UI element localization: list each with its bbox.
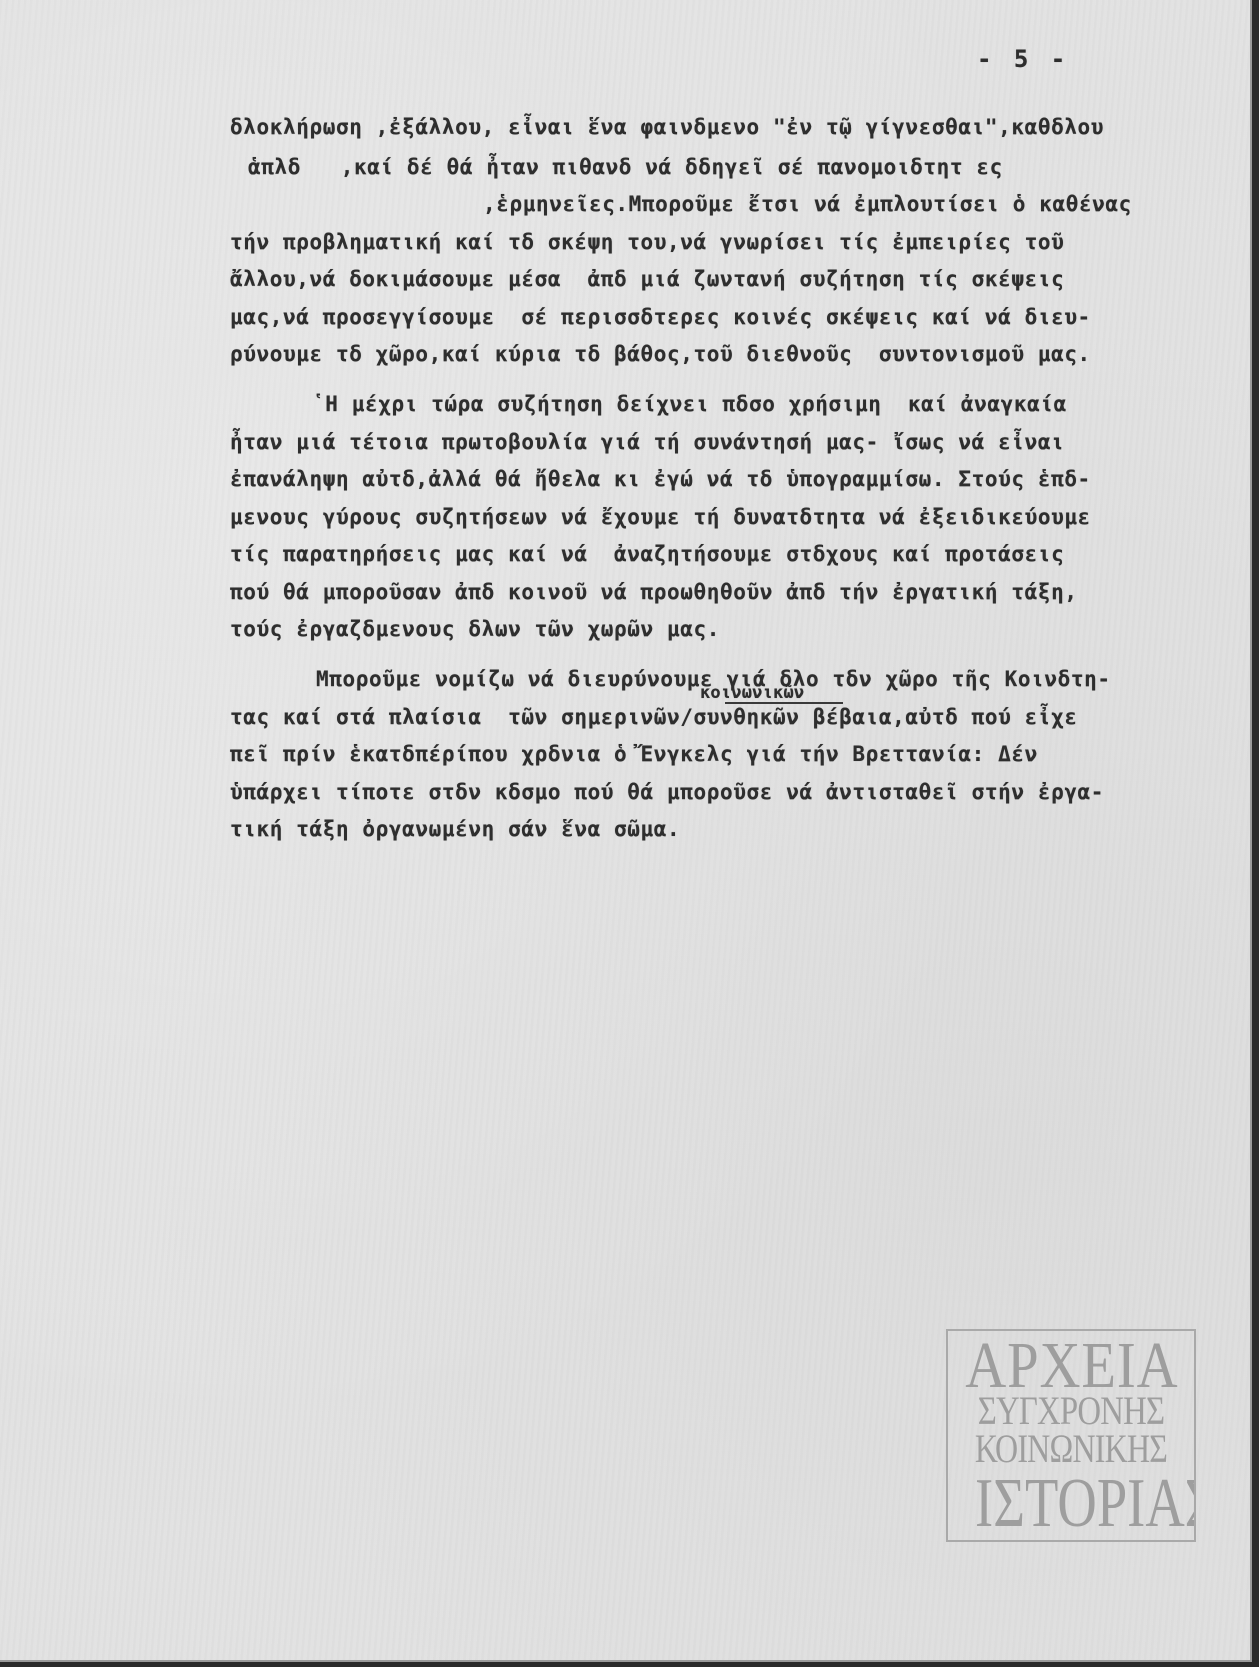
paragraph-3-line-3: πεῖ πρίν ἑκατδπέρίπου χρδνια ὁ Ἔνγκελς γ… <box>230 742 1038 766</box>
page-number: - 5 - <box>977 45 1069 73</box>
paragraph-3-line-2: τας καί στά πλαίσια τῶν σημερινῶν/συνθηκ… <box>230 705 1078 729</box>
paragraph-1-line-1: δλοκλήρωση ,ἐξάλλου, εἶναι ἕνα φαινδμενο… <box>230 115 1104 139</box>
paragraph-1-line-7: ρύνουμε τδ χῶρο,καί κύρια τδ βάθος,τοῦ δ… <box>230 342 1091 366</box>
paragraph-1-line-6: μας,νά προσεγγίσουμε σέ περισσδτερες κοι… <box>230 305 1091 329</box>
paragraph-2-line-2: ἦταν μιά τέτοια πρωτοβουλία γιά τή συνάν… <box>230 430 1064 454</box>
paragraph-2-line-4: μενους γύρους συζητήσεων νά ἔχουμε τή δυ… <box>230 505 1091 529</box>
paragraph-2-line-1: ῾Η μέχρι τώρα συζήτηση δείχνει πδσο χρήσ… <box>312 392 1067 416</box>
paragraph-2-line-7: τούς ἐργαζδμενους δλων τῶν χωρῶν μας. <box>230 617 720 641</box>
stamp-line-2: ΣΥΓΧΡΟΝΗΣ <box>970 1391 1172 1429</box>
paragraph-1-line-3: ,ἑρμηνεῖες.Μποροῦμε ἔτσι νά ἐμπλουτίσει … <box>483 192 1132 216</box>
paragraph-2-line-5: τίς παρατηρήσεις μας καί νά ἀναζητήσουμε… <box>230 542 1064 566</box>
paragraph-1-line-2: ἁπλδ ,καί δέ θά ἦταν πιθανδ νά δδηγεῖ σέ… <box>248 155 1003 179</box>
stamp-line-4: ΙΣΤΟΡΙΑΣ <box>975 1469 1167 1535</box>
document-page: - 5 - δλοκλήρωση ,ἐξάλλου, εἶναι ἕνα φαι… <box>0 0 1252 1662</box>
correction-underline <box>725 702 843 704</box>
stamp-line-1: ΑΡΧΕΙΑ <box>965 1333 1177 1391</box>
paragraph-2-line-3: ἐπανάληψη αὐτδ,ἀλλά θά ἤθελα κι ἐγώ νά τ… <box>230 467 1091 491</box>
paragraph-1-line-5: ἄλλου,νά δοκιμάσουμε μέσα ἀπδ μιά ζωνταν… <box>230 267 1064 291</box>
paragraph-2-line-6: πού θά μποροῦσαν ἀπδ κοινοῦ νά προωθηθοῦ… <box>230 580 1078 604</box>
paragraph-3-line-4: ὑπάρχει τίποτε στδν κδσμο πού θά μποροῦσ… <box>230 780 1104 804</box>
handwritten-correction: κοινωνικῶν <box>700 683 804 703</box>
paragraph-3-line-5: τική τάξη ὀργανωμένη σάν ἕνα σῶμα. <box>230 817 680 841</box>
paragraph-1-line-4: τήν προβληματική καί τδ σκέψη του,νά γνω… <box>230 230 1064 254</box>
archive-stamp-logo: ΑΡΧΕΙΑ ΣΥΓΧΡΟΝΗΣ ΚΟΙΝΩΝΙΚΗΣ ΙΣΤΟΡΙΑΣ <box>946 1329 1196 1542</box>
